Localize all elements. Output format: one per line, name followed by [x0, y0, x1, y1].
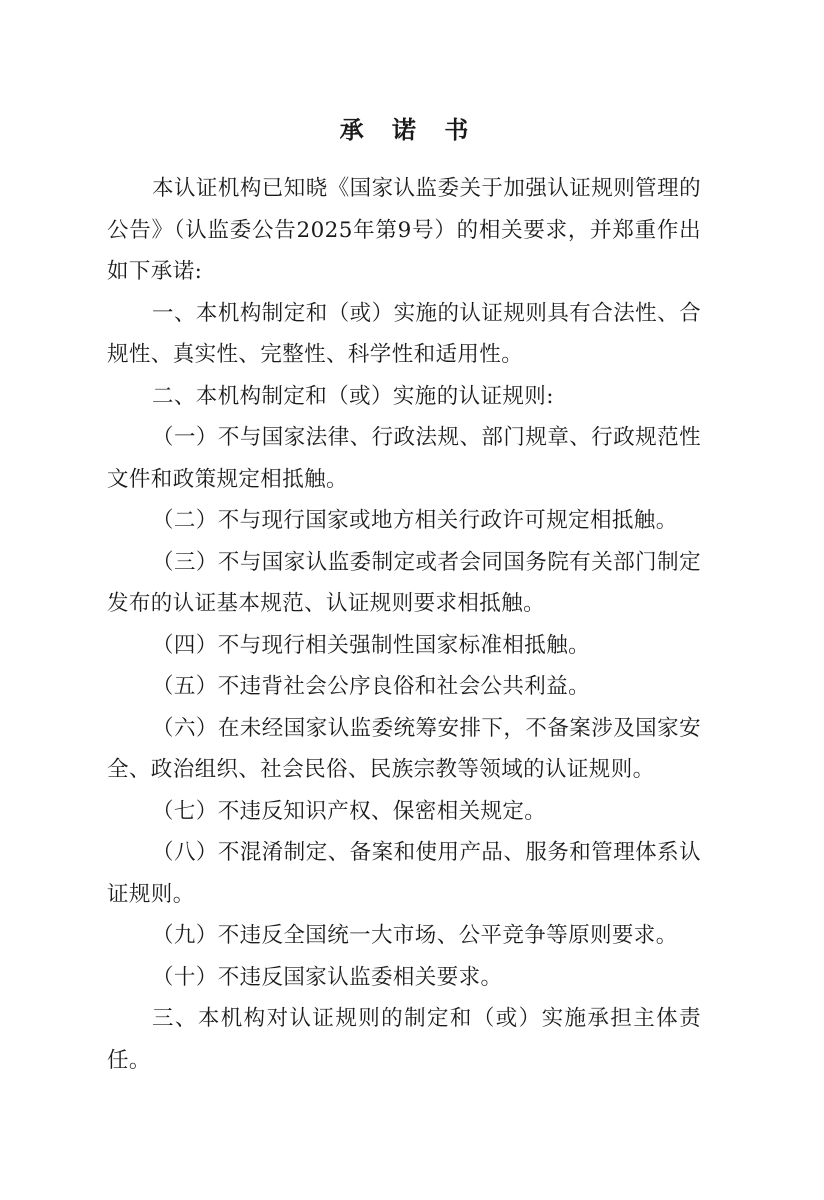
clause-2-item-1: （一）不与国家法律、行政法规、部门规章、行政规范性文件和政策规定相抵触。	[107, 417, 701, 500]
clause-2-item-2: （二）不与现行国家或地方相关行政许可规定相抵触。	[107, 500, 701, 542]
clause-2-item-9: （九）不违反全国统一大市场、公平竞争等原则要求。	[107, 915, 701, 957]
clause-2-item-5: （五）不违背社会公序良俗和社会公共利益。	[107, 666, 701, 708]
clause-1: 一、本机构制定和（或）实施的认证规则具有合法性、合规性、真实性、完整性、科学性和…	[107, 293, 701, 376]
intro-paragraph: 本认证机构已知晓《国家认监委关于加强认证规则管理的公告》（认监委公告2025年第…	[107, 168, 701, 293]
clause-2-item-7: （七）不违反知识产权、保密相关规定。	[107, 791, 701, 833]
clause-2-item-3: （三）不与国家认监委制定或者会同国务院有关部门制定发布的认证基本规范、认证规则要…	[107, 542, 701, 625]
document-page: 承 诺 书 本认证机构已知晓《国家认监委关于加强认证规则管理的公告》（认监委公告…	[107, 112, 701, 1081]
clause-2-item-4: （四）不与现行相关强制性国家标准相抵触。	[107, 625, 701, 667]
document-title: 承 诺 书	[107, 112, 701, 148]
clause-2: 二、本机构制定和（或）实施的认证规则:	[107, 376, 701, 418]
clause-2-item-6: （六）在未经国家认监委统筹安排下，不备案涉及国家安全、政治组织、社会民俗、民族宗…	[107, 708, 701, 791]
clause-2-item-8: （八）不混淆制定、备案和使用产品、服务和管理体系认证规则。	[107, 832, 701, 915]
clause-3: 三、本机构对认证规则的制定和（或）实施承担主体责任。	[107, 998, 701, 1081]
clause-2-item-10: （十）不违反国家认监委相关要求。	[107, 957, 701, 999]
